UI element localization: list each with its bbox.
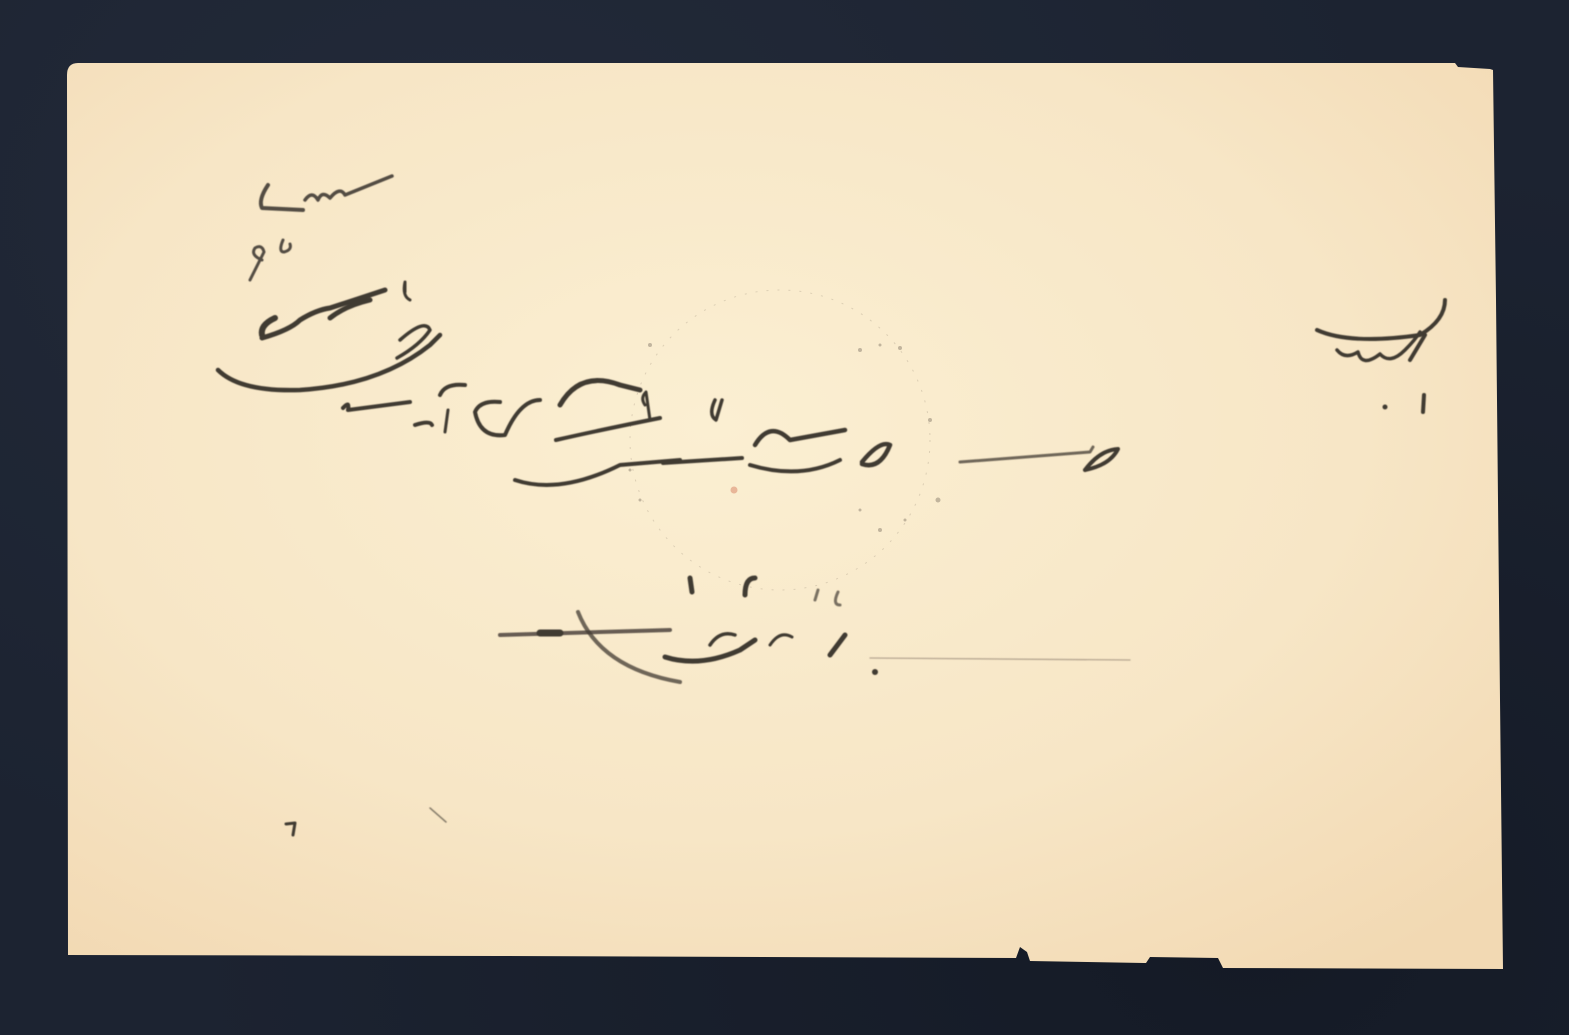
- envelope: Handwritten envelope / postal cover (sca…: [0, 0, 1569, 1035]
- envelope-artwork: [0, 0, 1569, 1035]
- rust-spot: [731, 487, 738, 494]
- paper-sheet: [67, 63, 1503, 969]
